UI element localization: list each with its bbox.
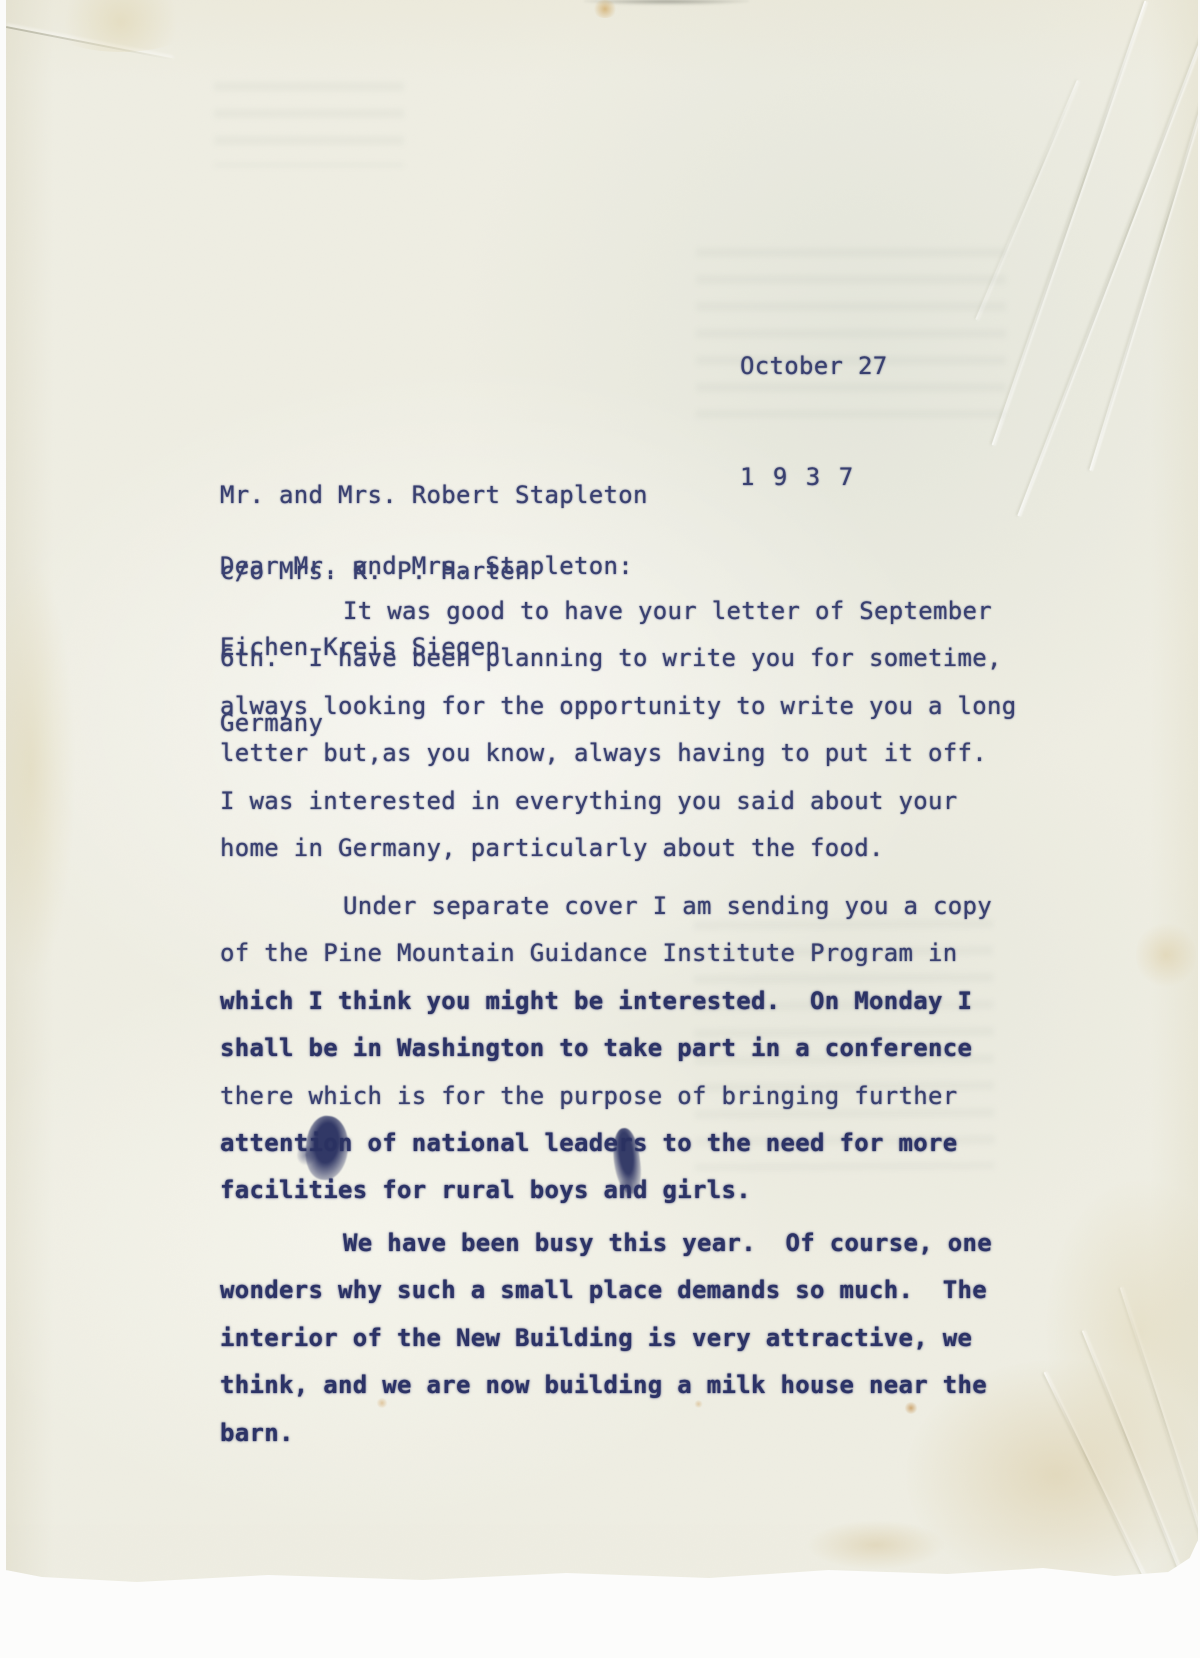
letter-line: It was good to have your letter of Septe… xyxy=(220,588,1016,635)
paper-crease xyxy=(6,26,173,60)
letter-line: 6th. I have been planning to write you f… xyxy=(220,635,1016,682)
scanned-letter-page: October 27 1 9 3 7 Mr. and Mrs. Robert S… xyxy=(0,0,1200,1658)
letter-line: letter but,as you know, always having to… xyxy=(220,730,1016,777)
paragraph: Under separate cover I am sending you a … xyxy=(220,883,992,1215)
paragraph: It was good to have your letter of Septe… xyxy=(220,588,1016,872)
stain xyxy=(1136,920,1196,990)
year-line: 1 9 3 7 xyxy=(740,463,888,491)
letter-paper: October 27 1 9 3 7 Mr. and Mrs. Robert S… xyxy=(6,0,1198,1584)
paper-crease xyxy=(1017,12,1200,517)
stain xyxy=(0,560,76,980)
paper-crease xyxy=(975,80,1078,320)
salutation: Dear Mr. and Mrs. Stapleton: xyxy=(220,552,633,580)
letter-line: which I think you might be interested. O… xyxy=(220,978,992,1025)
stain xyxy=(46,0,196,52)
letter-line: there which is for the purpose of bringi… xyxy=(220,1073,992,1120)
bleed-through-texture xyxy=(214,82,404,167)
letter-line: wonders why such a small place demands s… xyxy=(220,1267,992,1314)
letter-line: barn. xyxy=(220,1410,992,1457)
address-line: Mr. and Mrs. Robert Stapleton xyxy=(220,483,648,508)
letter-line: facilities for rural boys and girls. xyxy=(220,1167,992,1214)
letter-line: always looking for the opportunity to wr… xyxy=(220,683,1016,730)
letter-line: interior of the New Building is very att… xyxy=(220,1315,992,1362)
letter-line: We have been busy this year. Of course, … xyxy=(220,1220,992,1267)
edge-smudge xyxy=(584,0,749,5)
letter-line: think, and we are now building a milk ho… xyxy=(220,1362,992,1409)
date-block: October 27 1 9 3 7 xyxy=(740,296,888,547)
paper-crease xyxy=(1120,1287,1200,1573)
paper-crease xyxy=(1043,1372,1150,1589)
letter-line: shall be in Washington to take part in a… xyxy=(220,1025,992,1072)
letter-line: of the Pine Mountain Guidance Institute … xyxy=(220,930,992,977)
letter-line: Under separate cover I am sending you a … xyxy=(220,883,992,930)
letter-line: home in Germany, particularly about the … xyxy=(220,825,1016,872)
date-line: October 27 xyxy=(740,352,888,380)
letter-line: I was interested in everything you said … xyxy=(220,778,1016,825)
paper-crease xyxy=(1089,59,1200,471)
stain xyxy=(806,1520,946,1570)
paragraph: We have been busy this year. Of course, … xyxy=(220,1220,992,1457)
letter-line: attention of national leaders to the nee… xyxy=(220,1120,992,1167)
